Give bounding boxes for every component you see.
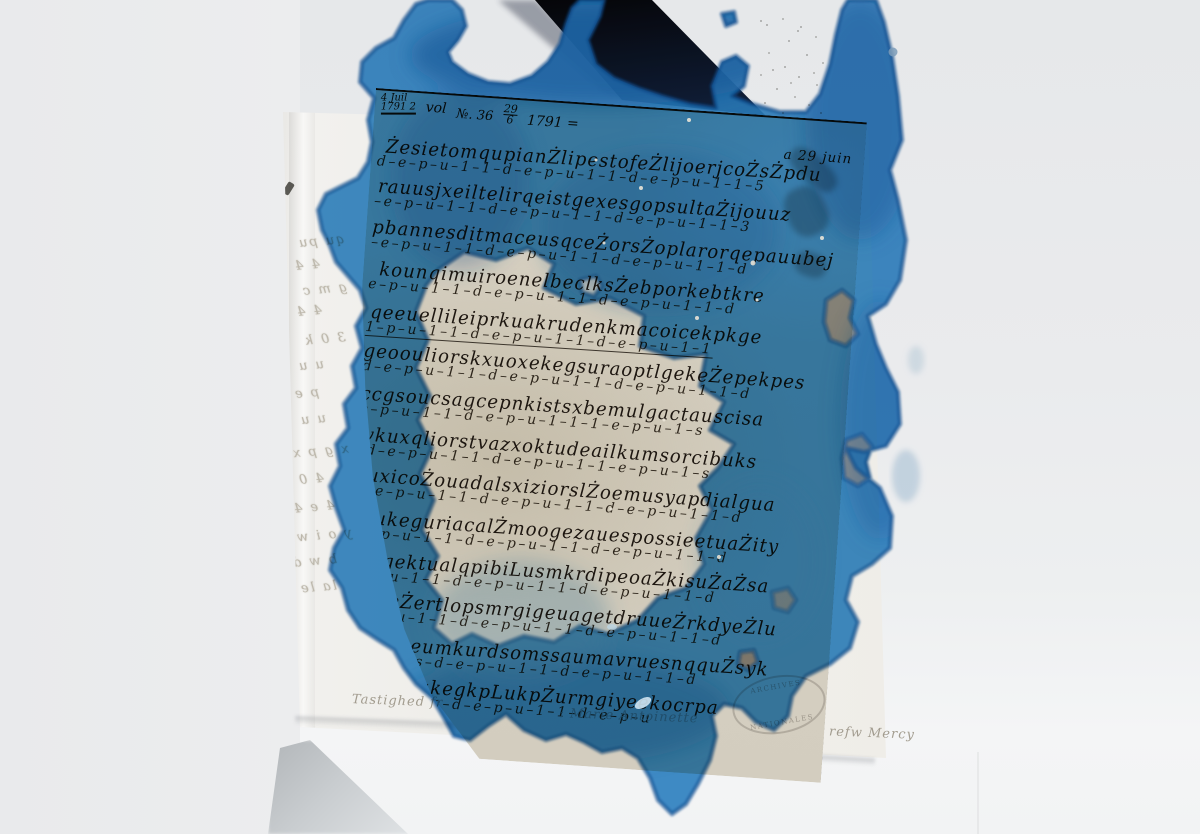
bleedthrough-text: 4 e 4 [291, 498, 335, 517]
backdrop-crease [977, 752, 979, 834]
bleedthrough-text: u u [298, 411, 326, 428]
year-label: 1791 = [526, 113, 579, 133]
bleedthrough-text: 4 4 [294, 303, 322, 320]
bleedthrough-text: u u [296, 357, 324, 374]
number-label: №. 36 [456, 107, 494, 125]
archival-note-line2: 1791 2 [381, 103, 416, 115]
stamp-text-top: ARCHIVES [750, 678, 802, 695]
volume-label: vol [425, 100, 447, 117]
bleedthrough-text: 4 4 [292, 257, 320, 274]
bleedthrough-text: g m c [300, 280, 347, 299]
date-fraction: 29 6 [503, 104, 518, 126]
backdrop-left-tint [0, 0, 300, 834]
bleedthrough-text: la le [298, 578, 337, 596]
photographed-cipher-letter: qu pu 4 4 g m c 4 4 3 0 k u u p e u u x … [0, 0, 1200, 834]
archival-note: 4 Juil 1791 2 [381, 94, 416, 115]
dust-speckles [760, 20, 762, 22]
cipher-text-block: ŻesietomqupianŻlipestoƒeŻlijoerjcoŻsŻpdu… [338, 134, 861, 746]
bleedthrough-text: p e [292, 385, 319, 402]
bleedthrough-text: 3 0 k [302, 330, 346, 349]
bleedthrough-text: 4 0 [296, 471, 324, 488]
bleedthrough-text: qu pu [296, 232, 345, 251]
bleedthrough-text: b w d [290, 552, 337, 571]
